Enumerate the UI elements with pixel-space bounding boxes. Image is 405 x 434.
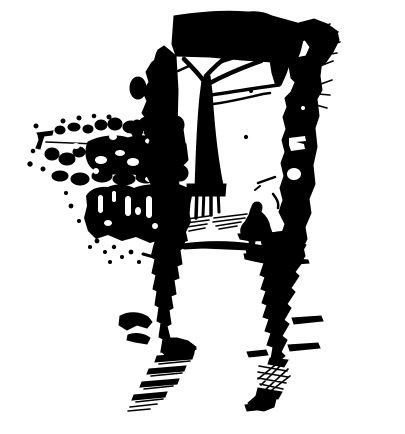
ink-illustration-canvas bbox=[0, 0, 405, 434]
leaf-dot bbox=[250, 90, 253, 93]
right-post-notch-lower bbox=[287, 168, 301, 180]
leaf-dot bbox=[244, 135, 247, 138]
ink-sketch-image bbox=[0, 0, 405, 434]
left-post-bump-lower bbox=[131, 120, 143, 138]
tree-base-strands bbox=[188, 190, 190, 215]
reflection-right-foot bbox=[245, 403, 265, 411]
reflection-dash bbox=[252, 256, 269, 261]
left-post-bump-upper bbox=[130, 77, 146, 99]
tree-base-cap bbox=[187, 184, 226, 196]
